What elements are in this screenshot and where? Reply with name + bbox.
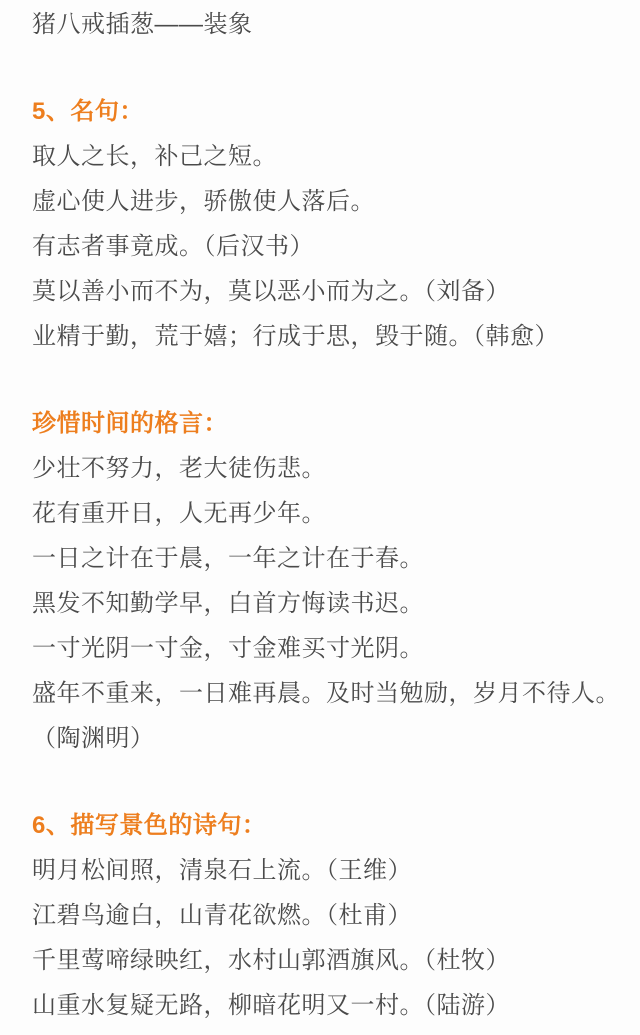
- quote-line: 黑发不知勤学早，白首方悔读书迟。: [32, 581, 614, 626]
- quote-line: 一寸光阴一寸金，寸金难买寸光阴。: [32, 626, 614, 671]
- quote-line: 莫以善小而不为，莫以恶小而为之。（刘备）: [32, 269, 614, 314]
- quote-line: 花有重开日，人无再少年。: [32, 491, 614, 536]
- section-heading: 6、描写景色的诗句：: [32, 803, 614, 848]
- quote-line: 明月松间照，清泉石上流。（王维）: [32, 848, 614, 893]
- document-section: 珍惜时间的格言： 少壮不努力，老大徒伤悲。 花有重开日，人无再少年。 一日之计在…: [32, 401, 614, 761]
- section-heading: 珍惜时间的格言：: [32, 401, 614, 446]
- intro-line: 猪八戒插葱——装象: [32, 2, 614, 47]
- section-body: 明月松间照，清泉石上流。（王维） 江碧鸟逾白，山青花欲燃。（杜甫） 千里莺啼绿映…: [32, 848, 614, 1028]
- section-heading: 5、名句：: [32, 89, 614, 134]
- quote-line: 取人之长，补己之短。: [32, 134, 614, 179]
- quote-line: 盛年不重来，一日难再晨。及时当勉励，岁月不待人。: [32, 671, 614, 716]
- quote-line: 业精于勤，荒于嬉；行成于思，毁于随。（韩愈）: [32, 314, 614, 359]
- quote-line: 有志者事竟成。（后汉书）: [32, 224, 614, 269]
- document-section: 5、名句： 取人之长，补己之短。 虚心使人进步，骄傲使人落后。 有志者事竟成。（…: [32, 89, 614, 359]
- quote-line: 一日之计在于晨，一年之计在于春。: [32, 536, 614, 581]
- sections: 5、名句： 取人之长，补己之短。 虚心使人进步，骄傲使人落后。 有志者事竟成。（…: [32, 89, 614, 1028]
- quote-line: 山重水复疑无路，柳暗花明又一村。（陆游）: [32, 983, 614, 1028]
- quote-line: （陶渊明）: [32, 716, 614, 761]
- quote-line: 少壮不努力，老大徒伤悲。: [32, 446, 614, 491]
- quote-line: 江碧鸟逾白，山青花欲燃。（杜甫）: [32, 893, 614, 938]
- section-body: 少壮不努力，老大徒伤悲。 花有重开日，人无再少年。 一日之计在于晨，一年之计在于…: [32, 446, 614, 761]
- article-page: 猪八戒插葱——装象 5、名句： 取人之长，补己之短。 虚心使人进步，骄傲使人落后…: [0, 0, 640, 1035]
- quote-line: 虚心使人进步，骄傲使人落后。: [32, 179, 614, 224]
- quote-line: 千里莺啼绿映红，水村山郭酒旗风。（杜牧）: [32, 938, 614, 983]
- document-section: 6、描写景色的诗句： 明月松间照，清泉石上流。（王维） 江碧鸟逾白，山青花欲燃。…: [32, 803, 614, 1028]
- section-body: 取人之长，补己之短。 虚心使人进步，骄傲使人落后。 有志者事竟成。（后汉书） 莫…: [32, 134, 614, 359]
